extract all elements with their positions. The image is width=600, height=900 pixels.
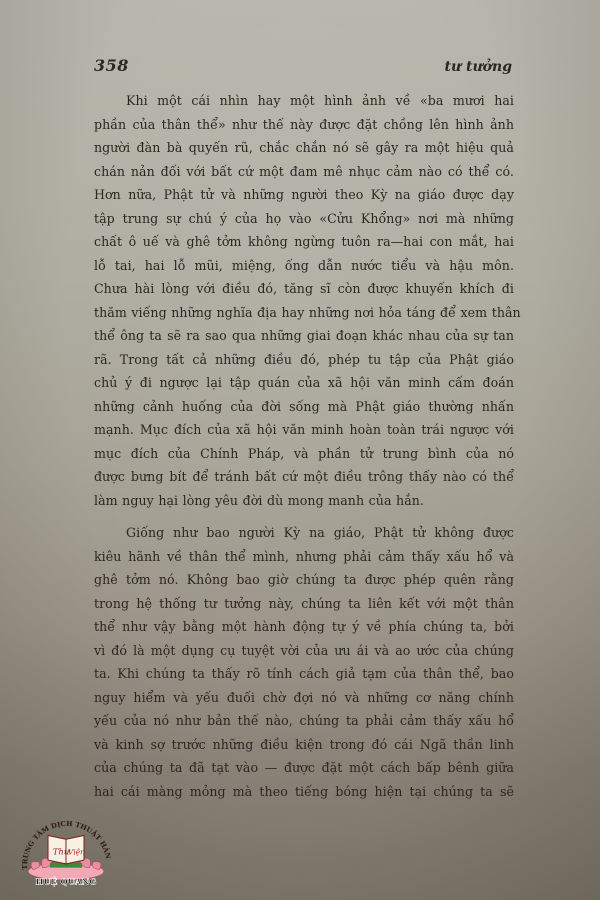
- text-line: thăm viếng những nghĩa địa hay những nơi…: [94, 301, 514, 325]
- text-line: của chúng ta đã tạt vào — được đặt một c…: [94, 756, 514, 780]
- text-line: mục đích của Chính Pháp, và phần tử trun…: [94, 442, 514, 466]
- text-line: yếu của nó như bản thế nào, chúng ta phả…: [94, 709, 514, 733]
- text-line: thể ông ta sẽ ra sao qua những giai đoạn…: [94, 324, 514, 348]
- text-line: làm nguy hại lòng yêu đời dù mong manh c…: [94, 489, 514, 513]
- text-line: và kinh sợ trước những điều kiện trong đ…: [94, 733, 514, 757]
- book-page: 358 tư tưởng Khi một cái nhìn hay một hì…: [94, 56, 514, 803]
- paragraph-1: Khi một cái nhìn hay một hình ảnh về «ba…: [94, 89, 514, 512]
- lotus-book-emblem-icon: TRUNG TÂM DỊCH THUẬT HÁN NÔM Thư Viện HU…: [14, 812, 118, 894]
- text-line: ghê tởm nó. Không bao giờ chúng ta được …: [94, 568, 514, 592]
- text-line: trong hệ thống tư tưởng này, chúng ta li…: [94, 592, 514, 616]
- watermark-logo: TRUNG TÂM DỊCH THUẬT HÁN NÔM Thư Viện HU…: [14, 812, 118, 894]
- text-line: kiêu hãnh về thân thể mình, nhưng phải c…: [94, 545, 514, 569]
- text-line: Khi một cái nhìn hay một hình ảnh về «ba…: [94, 89, 514, 113]
- text-line: Giống như bao người Kỳ na giáo, Phật tử …: [94, 521, 514, 545]
- text-line: tập trung sự chú ý của họ vào «Cửu Khổng…: [94, 207, 514, 231]
- text-line: lỗ tai, hai lỗ mũi, miệng, ống dẫn nước …: [94, 254, 514, 278]
- text-line: thể như vậy bằng một hành động tự ý về p…: [94, 615, 514, 639]
- text-line: Chưa hài lòng với điều đó, tăng sĩ còn đ…: [94, 277, 514, 301]
- text-line: chủ ý đi ngược lại tập quán của xã hội v…: [94, 371, 514, 395]
- page-number: 358: [94, 56, 129, 75]
- text-line: Hơn nữa, Phật tử và những người theo Kỳ …: [94, 183, 514, 207]
- text-line: người đàn bà quyến rũ, chắc chắn nó sẽ g…: [94, 136, 514, 160]
- text-line: vì đó là một dụng cụ tuyệt vời của ưu ái…: [94, 639, 514, 663]
- text-line: được bưng bít để tránh bất cứ một điều t…: [94, 465, 514, 489]
- logo-name: HUỆ QUANG: [35, 876, 96, 888]
- text-line: ta. Khi chúng ta thấy rõ tính cách giả t…: [94, 662, 514, 686]
- text-line: chất ô uế và ghê tởm không ngừng tuôn ra…: [94, 230, 514, 254]
- text-line: chán nản đối với bất cứ một đam mê nhục …: [94, 160, 514, 184]
- running-header: 358 tư tưởng: [94, 56, 514, 75]
- text-line: nguy hiểm và yếu đuối chờ đợi nó và nhữn…: [94, 686, 514, 710]
- running-title: tư tưởng: [445, 59, 514, 75]
- paragraph-2: Giống như bao người Kỳ na giáo, Phật tử …: [94, 521, 514, 803]
- text-line: những cảnh huống của đời sống mà Phật gi…: [94, 395, 514, 419]
- text-line: rã. Trong tất cả những điều đó, phép tu …: [94, 348, 514, 372]
- text-line: mạnh. Mục đích của xã hội văn minh hoàn …: [94, 418, 514, 442]
- logo-book-right: Viện: [68, 847, 85, 856]
- text-line: hai cái màng mỏng mà theo tiếng bóng hiệ…: [94, 780, 514, 804]
- text-line: phần của thân thể» như thế này được đặt …: [94, 113, 514, 137]
